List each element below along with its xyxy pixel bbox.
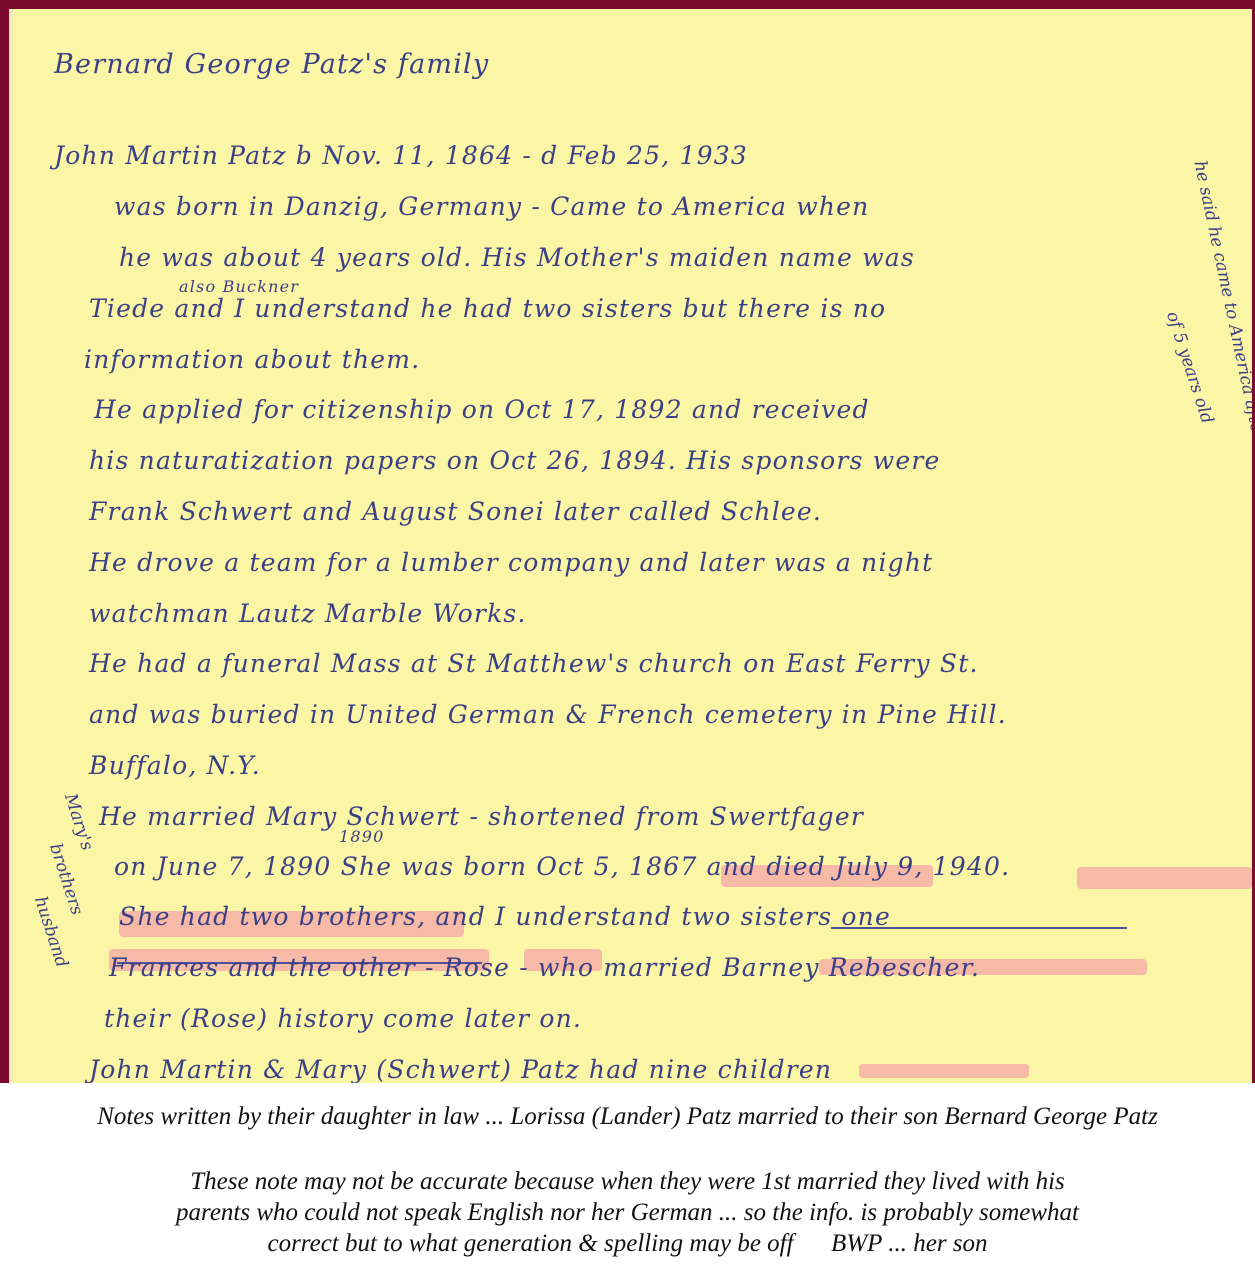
note-line: She had two brothers, and I understand t… <box>119 902 891 931</box>
note-line: He married Mary Schwert - shortened from… <box>99 802 864 831</box>
note-line: watchman Lautz Marble Works. <box>89 599 527 628</box>
note-line: and was buried in United German & French… <box>89 700 1007 729</box>
caption-disclaimer-2: parents who could not speak English nor … <box>0 1197 1255 1228</box>
margin-note-left: Mary's <box>60 791 97 853</box>
margin-note-right: of 5 years old <box>1162 309 1217 426</box>
note-line: on June 7, 1890 She was born Oct 5, 1867… <box>114 852 1010 881</box>
note-line: John Martin Patz b Nov. 11, 1864 - d Feb… <box>54 141 748 170</box>
margin-note-right: he said he came to America after 5 years <box>1189 159 1252 509</box>
note-line: Frances and the other - Rose - who marri… <box>109 953 980 982</box>
note-line: was born in Danzig, Germany - Came to Am… <box>114 192 869 221</box>
caption-disclaimer-3: correct but to what generation & spellin… <box>0 1228 1255 1259</box>
note-line: information about them. <box>84 345 420 374</box>
note-line: he was about 4 years old. His Mother's m… <box>119 243 915 272</box>
page-heading: Bernard George Patz's family <box>54 49 489 80</box>
note-line: He applied for citizenship on Oct 17, 18… <box>94 395 870 424</box>
interlinear-year: 1890 <box>339 827 385 846</box>
note-line: Frank Schwert and August Sonei later cal… <box>89 497 822 526</box>
note-line: Buffalo, N.Y. <box>89 751 261 780</box>
note-line: He had a funeral Mass at St Matthew's ch… <box>89 649 979 678</box>
highlight-nine-children <box>859 1064 1029 1078</box>
note-line: He drove a team for a lumber company and… <box>89 548 933 577</box>
note-line: Tiede and I understand he had two sister… <box>89 294 886 323</box>
caption-disclaimer-1: These note may not be accurate because w… <box>0 1166 1255 1197</box>
highlight-deathdate <box>1077 867 1252 889</box>
note-line: his naturatization papers on Oct 26, 189… <box>89 446 941 475</box>
note-line: their (Rose) history come later on. <box>104 1004 582 1033</box>
caption-attribution: Notes written by their daughter in law .… <box>0 1101 1255 1132</box>
notepad-page: Bernard George Patz's family John Martin… <box>9 9 1252 1083</box>
note-line: John Martin & Mary (Schwert) Patz had ni… <box>89 1055 832 1083</box>
